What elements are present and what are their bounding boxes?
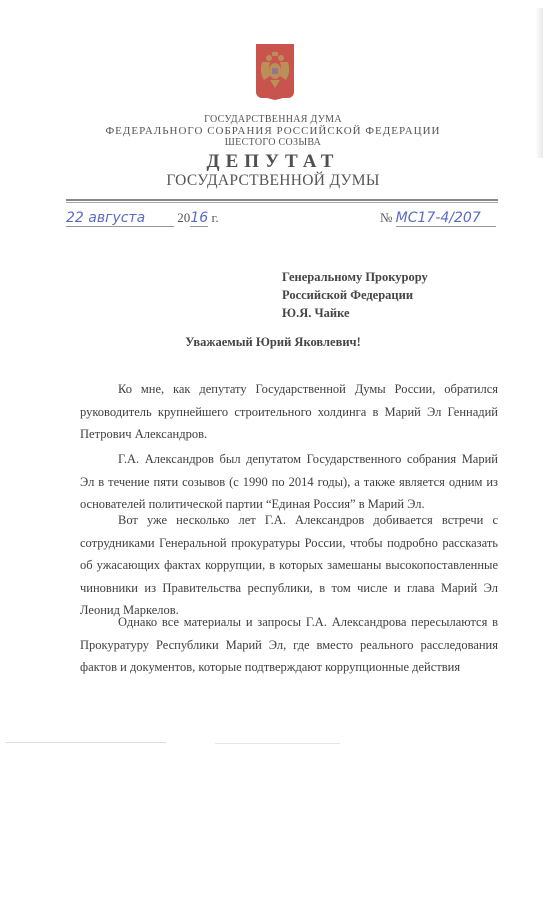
coat-of-arms-icon bbox=[256, 44, 294, 98]
letterhead-line-federal-assembly: ФЕДЕРАЛЬНОГО СОБРАНИЯ РОССИЙСКОЙ ФЕДЕРАЦ… bbox=[0, 125, 546, 137]
letterhead-line-convocation: ШЕСТОГО СОЗЫВА bbox=[0, 137, 546, 148]
body-paragraph: Г.А. Александров был депутатом Государст… bbox=[80, 448, 498, 516]
header-divider-secondary bbox=[66, 202, 498, 203]
body-paragraph: Ко мне, как депутату Государственной Дум… bbox=[80, 378, 498, 446]
addressee-title: Генеральному Прокурору bbox=[282, 270, 428, 285]
addressee-organization: Российской Федерации bbox=[282, 288, 413, 303]
document-date: 22 августа 2016 г. bbox=[66, 210, 219, 227]
header-divider bbox=[66, 199, 498, 201]
double-headed-eagle-icon bbox=[256, 44, 294, 100]
greeting: Уважаемый Юрий Яковлевич! bbox=[0, 335, 546, 350]
body-paragraph: Однако все материалы и запросы Г.А. Алек… bbox=[80, 611, 498, 679]
scan-artifact-line bbox=[6, 742, 166, 743]
scan-artifact-line bbox=[215, 743, 340, 744]
date-year-prefix: 20 bbox=[177, 210, 190, 225]
number-value: МС17-4/207 bbox=[396, 210, 496, 227]
date-year-suffix: 16 bbox=[190, 210, 208, 227]
date-day-month: 22 августа bbox=[66, 210, 174, 227]
body-paragraph: Вот уже несколько лет Г.А. Александров д… bbox=[80, 509, 498, 622]
letterhead-subtitle: ГОСУДАРСТВЕННОЙ ДУМЫ bbox=[0, 172, 546, 190]
addressee-name: Ю.Я. Чайке bbox=[282, 306, 350, 321]
letterhead-title: ДЕПУТАТ bbox=[0, 151, 546, 173]
number-label: № bbox=[380, 210, 392, 225]
date-year-unit: г. bbox=[212, 210, 219, 225]
document-number: № МС17-4/207 bbox=[380, 210, 496, 227]
letterhead-line-duma: ГОСУДАРСТВЕННАЯ ДУМА bbox=[0, 114, 546, 125]
